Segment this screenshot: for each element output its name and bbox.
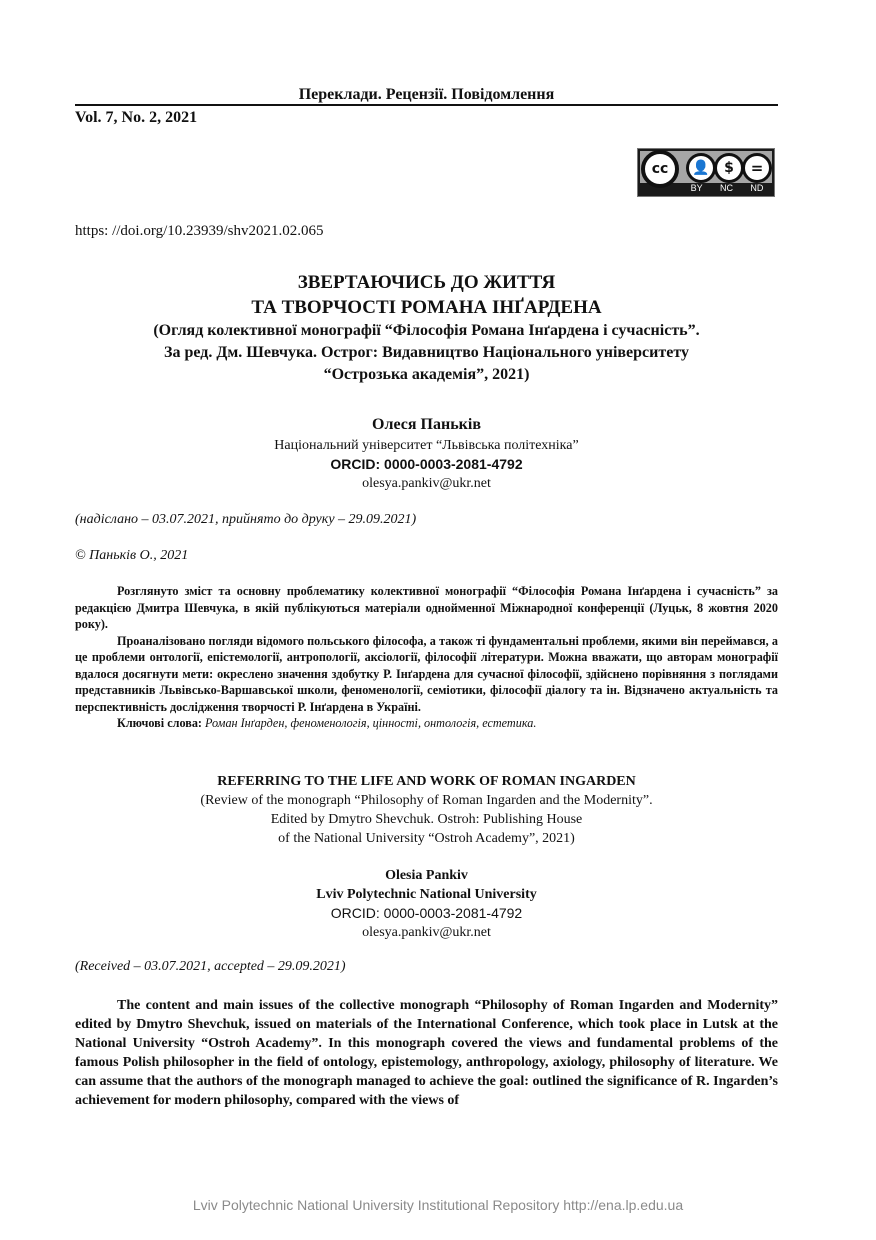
creative-commons-by-nc-nd-icon: cc 👤 $ = BY NC ND bbox=[637, 148, 775, 197]
author-name: Олеся Паньків bbox=[75, 414, 778, 436]
title-line: ЗВЕРТАЮЧИСЬ ДО ЖИТТЯ bbox=[75, 270, 778, 295]
no-derivatives-icon: = bbox=[742, 153, 772, 183]
article-subtitle-uk: (Огляд колективної монографії “Філософія… bbox=[75, 320, 778, 386]
subtitle-line: (Огляд колективної монографії “Філософія… bbox=[75, 320, 778, 342]
abstract-paragraph: The content and main issues of the colle… bbox=[75, 996, 778, 1110]
abstract-paragraph: Розглянуто зміст та основну проблематику… bbox=[75, 583, 778, 633]
subtitle-line: Edited by Dmytro Shevchuk. Ostroh: Publi… bbox=[75, 810, 778, 829]
article-title-en: REFERRING TO THE LIFE AND WORK OF ROMAN … bbox=[75, 772, 778, 791]
license-labels: BY NC ND bbox=[682, 182, 772, 195]
author-block-en: Olesia Pankiv Lviv Polytechnic National … bbox=[75, 866, 778, 942]
copyright-notice: © Паньків О., 2021 bbox=[75, 548, 188, 564]
cc-logo-icon: cc bbox=[641, 150, 679, 188]
repository-footer: Lviv Polytechnic National University Ins… bbox=[0, 1197, 876, 1213]
abstract-uk: Розглянуто зміст та основну проблематику… bbox=[75, 583, 778, 732]
attribution-icon: 👤 bbox=[686, 153, 716, 183]
abstract-en: The content and main issues of the colle… bbox=[75, 996, 778, 1110]
author-orcid[interactable]: ORCID: 0000-0003-2081-4792 bbox=[75, 455, 778, 474]
subtitle-line: (Review of the monograph “Philosophy of … bbox=[75, 791, 778, 810]
license-label-nc: NC bbox=[720, 182, 733, 195]
subtitle-line: “Острозька академія”, 2021) bbox=[75, 364, 778, 386]
header-rule bbox=[75, 104, 778, 106]
author-affiliation: Lviv Polytechnic National University bbox=[75, 885, 778, 904]
subtitle-line: of the National University “Ostroh Acade… bbox=[75, 829, 778, 848]
license-label-by: BY bbox=[691, 182, 703, 195]
submission-dates-en: (Received – 03.07.2021, accepted – 29.09… bbox=[75, 959, 346, 975]
author-name: Olesia Pankiv bbox=[75, 866, 778, 885]
volume-info: Vol. 7, No. 2, 2021 bbox=[75, 109, 197, 127]
submission-dates-uk: (надіслано – 03.07.2021, прийнято до дру… bbox=[75, 512, 416, 528]
running-head: Переклади. Рецензії. Повідомлення bbox=[75, 86, 778, 104]
subtitle-line: За ред. Дм. Шевчука. Острог: Видавництво… bbox=[75, 342, 778, 364]
non-commercial-icon: $ bbox=[714, 153, 744, 183]
abstract-paragraph: Проаналізовано погляди відомого польсько… bbox=[75, 633, 778, 716]
author-orcid[interactable]: ORCID: 0000-0003-2081-4792 bbox=[75, 904, 778, 923]
author-affiliation: Національний університет “Львівська полі… bbox=[75, 436, 778, 455]
author-block-uk: Олеся Паньків Національний університет “… bbox=[75, 414, 778, 493]
author-email[interactable]: olesya.pankiv@ukr.net bbox=[75, 923, 778, 942]
doi-link[interactable]: https: //doi.org/10.23939/shv2021.02.065 bbox=[75, 223, 324, 240]
keywords-list: Роман Інґарден, феноменологія, цінності,… bbox=[205, 716, 536, 730]
keywords-uk: Ключові слова: Роман Інґарден, феноменол… bbox=[75, 715, 778, 732]
article-subtitle-en: (Review of the monograph “Philosophy of … bbox=[75, 791, 778, 848]
license-label-nd: ND bbox=[750, 182, 763, 195]
title-line: ТА ТВОРЧОСТІ РОМАНА ІНҐАРДЕНА bbox=[75, 295, 778, 320]
author-email[interactable]: olesya.pankiv@ukr.net bbox=[75, 474, 778, 493]
article-title-uk: ЗВЕРТАЮЧИСЬ ДО ЖИТТЯ ТА ТВОРЧОСТІ РОМАНА… bbox=[75, 270, 778, 320]
keywords-label: Ключові слова: bbox=[117, 716, 202, 730]
